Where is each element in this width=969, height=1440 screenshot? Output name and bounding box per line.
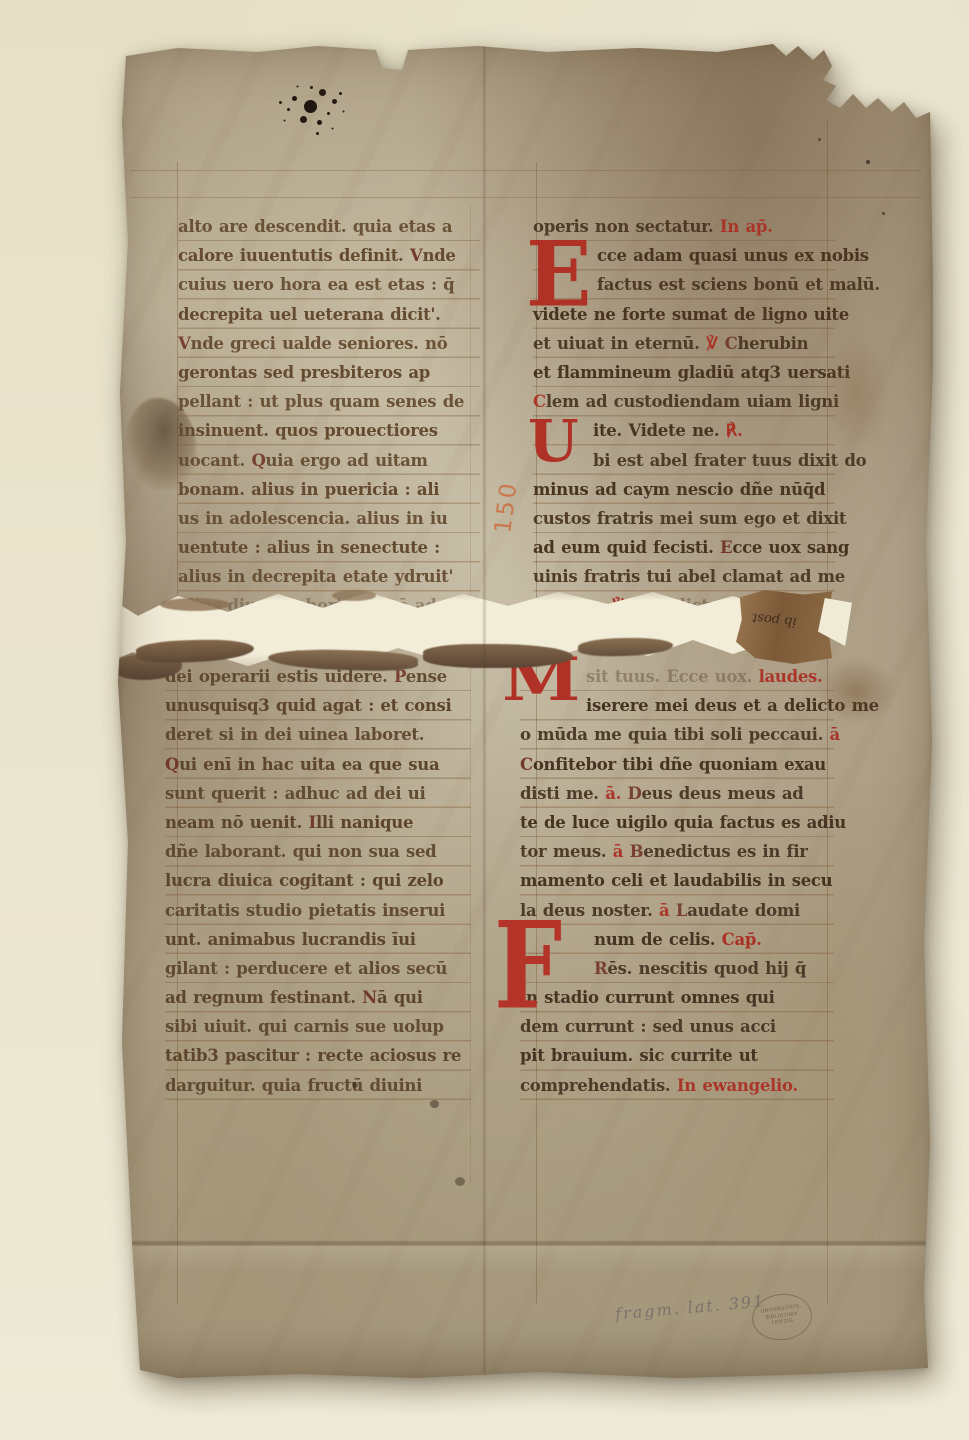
ink-dot	[866, 160, 870, 164]
manuscript-line: bonam. alius in puericia : ali	[178, 475, 480, 504]
manuscript-line: dñe laborant. qui non sua sed	[165, 837, 471, 866]
text-column-lower-left: dei operarii estis uidere. Penseunusquis…	[165, 662, 471, 1100]
manuscript-text: factus est sciens bonū et malū.	[597, 275, 880, 294]
manuscript-text: N	[362, 988, 377, 1007]
manuscript-line: disti me. ā. Deus deus meus ad	[520, 779, 834, 808]
manuscript-line: tor meus. ā Benedictus es in fir	[520, 837, 834, 866]
manuscript-text: tatib3 pascitur : recte aciosus re	[165, 1046, 461, 1065]
torn-edge-fragment	[423, 644, 573, 668]
manuscript-text: tor meus.	[520, 842, 613, 861]
manuscript-text: cce uox sang	[732, 538, 849, 557]
manuscript-line: Confitebor tibi dñe quoniam exau	[520, 750, 834, 779]
manuscript-line: alius in decrepita etate ydruit'	[178, 562, 480, 591]
manuscript-line: pit brauium. sic currite ut	[520, 1041, 834, 1070]
text-column-lower-right: sit tuus. Ecce uox. laudes.iserere mei d…	[520, 662, 834, 1100]
ink-dot	[430, 1100, 439, 1108]
manuscript-text: et uiuat in eternū.	[533, 334, 706, 353]
torn-edge-fragment	[332, 590, 376, 601]
manuscript-text: L	[676, 901, 687, 920]
rubric-text: In ewangelio.	[677, 1076, 798, 1095]
parchment-leaf: alto are descendit. quia etas acalore iu…	[118, 42, 933, 1380]
manuscript-text: lucra diuica cogitant : qui zelo	[165, 871, 443, 890]
manuscript-text: unusquisq3 quid agat : et consi	[165, 696, 452, 715]
manuscript-text: audate domi	[687, 901, 800, 920]
manuscript-text: C	[520, 755, 533, 774]
red-initial-E: E	[526, 230, 592, 320]
manuscript-line: minus ad caym nescio dñe nūq̄d	[533, 475, 835, 504]
manuscript-line: cuius uero hora ea est etas : q̄	[178, 270, 480, 299]
manuscript-line: tatib3 pascitur : recte aciosus re	[165, 1041, 471, 1070]
manuscript-text: bonam. alius in puericia : ali	[178, 480, 439, 499]
manuscript-text: alius in decrepita etate ydruit'	[178, 567, 453, 586]
manuscript-line: darguitur. quia fructū diuini	[165, 1071, 471, 1100]
manuscript-text: uia ergo ad uitam	[266, 451, 428, 470]
manuscript-text: mamento celi et laudabilis in secu	[520, 871, 832, 890]
ink-splatter	[304, 100, 317, 113]
manuscript-text: decrepita uel ueterana dicit'.	[178, 305, 441, 324]
fold-highlight-band	[118, 1246, 933, 1272]
rubric-text: ℣	[706, 334, 725, 353]
manuscript-text: alto are descendit. quia etas a	[178, 217, 452, 236]
manuscript-text: unt. animabus lucrandis īui	[165, 930, 416, 949]
manuscript-text: uinis fratris tui abel clamat ad me	[533, 567, 845, 586]
rubric-text: ā	[659, 901, 676, 920]
manuscript-line: unt. animabus lucrandis īui	[165, 925, 471, 954]
manuscript-text: sunt querit : adhuc ad dei ui	[165, 784, 425, 803]
torn-edge-fragment	[578, 637, 673, 657]
manuscript-line: calore iuuentutis definit. Vnde	[178, 241, 480, 270]
rubric-text: ℟.	[726, 421, 743, 440]
manuscript-line: pellant : ut plus quam senes de	[178, 387, 480, 416]
text-column-upper-left: alto are descendit. quia etas acalore iu…	[178, 212, 480, 621]
bottom-edge-shading	[118, 1328, 933, 1380]
manuscript-text: comprehendatis.	[520, 1076, 677, 1095]
manuscript-text: D	[627, 784, 641, 803]
patch-fragment-text: ib post	[751, 610, 797, 630]
manuscript-text: onfitebor tibi dñe quoniam exau	[533, 755, 826, 774]
rubric-text: ā	[830, 725, 840, 744]
manuscript-text: pit brauium. sic currite ut	[520, 1046, 758, 1065]
manuscript-text: gerontas sed presbiteros ap	[178, 363, 430, 382]
manuscript-text: E	[720, 538, 732, 557]
manuscript-line: Qui enī in hac uita ea que sua	[165, 750, 471, 779]
manuscript-line: neam nō uenit. Illi nanique	[165, 808, 471, 837]
manuscript-line: la deus noster. ā Laudate domi	[520, 896, 834, 925]
manuscript-line: uocant. Quia ergo ad uitam	[178, 446, 480, 475]
manuscript-text: te de luce uigilo quia factus es adiu	[520, 813, 846, 832]
red-initial-U: U	[528, 412, 579, 470]
manuscript-line: ad regnum festinant. Nā qui	[165, 983, 471, 1012]
manuscript-text: Q	[165, 755, 179, 774]
manuscript-line: us in adolescencia. alius in iu	[178, 504, 480, 533]
manuscript-text: B	[630, 842, 644, 861]
manuscript-text: ad regnum festinant.	[165, 988, 362, 1007]
repair-patch: ib post	[736, 590, 832, 664]
manuscript-text: lli nanique	[316, 813, 413, 832]
manuscript-line: uinis fratris tui abel clamat ad me	[533, 562, 835, 591]
rubric-text: ā	[613, 842, 630, 861]
manuscript-text: nde	[422, 246, 455, 265]
manuscript-text: disti me.	[520, 784, 605, 803]
manuscript-text: et flammineum gladiū atq3 uersati	[533, 363, 850, 382]
folio-number-red-chalk: 150	[490, 479, 522, 535]
manuscript-text: sibi uiuit. qui carnis sue uolup	[165, 1017, 444, 1036]
manuscript-line: Vnde greci ualde seniores. nō	[178, 329, 480, 358]
manuscript-line: sunt querit : adhuc ad dei ui	[165, 779, 471, 808]
ruling-horizontal-top-1	[130, 170, 922, 171]
manuscript-line: et flammineum gladiū atq3 uersati	[533, 358, 835, 387]
manuscript-line: Rēs. nescitis quod hij q̄	[520, 954, 834, 983]
manuscript-text: sit tuus. Ecce uox.	[586, 667, 759, 686]
manuscript-text: caritatis studio pietatis inserui	[165, 901, 445, 920]
rubric-text: ā.	[605, 784, 627, 803]
manuscript-text: lem ad custodiendam uiam ligni	[546, 392, 839, 411]
manuscript-text: C	[725, 334, 738, 353]
manuscript-line: comprehendatis. In ewangelio.	[520, 1071, 834, 1100]
manuscript-text: iserere mei deus et a delicto me	[586, 696, 879, 715]
manuscript-text: gilant : perducere et alios secū	[165, 959, 447, 978]
vertical-fold-crease	[482, 42, 487, 1380]
manuscript-line: in stadio currunt omnes qui	[520, 983, 834, 1012]
manuscript-text: R	[594, 959, 607, 978]
manuscript-text: V	[178, 334, 191, 353]
manuscript-text: custos fratris mei sum ego et dixit	[533, 509, 846, 528]
manuscript-text: eus deus meus ad	[641, 784, 803, 803]
manuscript-text: enedictus es in fir	[643, 842, 807, 861]
manuscript-line: et uiuat in eternū. ℣ Cherubin	[533, 329, 835, 358]
manuscript-text: deret si in dei uinea laboret.	[165, 725, 424, 744]
manuscript-text: I	[309, 813, 316, 832]
manuscript-line: uentute : alius in senectute :	[178, 533, 480, 562]
manuscript-text: ite. Videte ne.	[593, 421, 726, 440]
manuscript-line: deret si in dei uinea laboret.	[165, 720, 471, 749]
torn-edge-fragment	[160, 598, 230, 611]
manuscript-line: decrepita uel ueterana dicit'.	[178, 300, 480, 329]
manuscript-text: num de celis.	[594, 930, 722, 949]
ink-dot	[455, 1177, 465, 1186]
manuscript-text: ēs. nescitis quod hij q̄	[607, 959, 806, 978]
manuscript-line: unusquisq3 quid agat : et consi	[165, 691, 471, 720]
manuscript-text: ense	[406, 667, 447, 686]
manuscript-line: ad eum quid fecisti. Ecce uox sang	[533, 533, 835, 562]
manuscript-line: custos fratris mei sum ego et dixit	[533, 504, 835, 533]
manuscript-line: te de luce uigilo quia factus es adiu	[520, 808, 834, 837]
manuscript-text: V	[410, 246, 423, 265]
rubric-text: Cap̄.	[722, 930, 762, 949]
manuscript-text: ā qui	[377, 988, 423, 1007]
manuscript-line: gerontas sed presbiteros ap	[178, 358, 480, 387]
parchment-shadow-wrap: alto are descendit. quia etas acalore iu…	[118, 42, 933, 1380]
manuscript-text: us in adolescencia. alius in iu	[178, 509, 448, 528]
manuscript-text: calore iuuentutis definit.	[178, 246, 410, 265]
manuscript-text: ui enī in hac uita ea que sua	[179, 755, 439, 774]
ink-dot	[818, 138, 821, 141]
manuscript-text: ad eum quid fecisti.	[533, 538, 720, 557]
manuscript-text: dñe laborant. qui non sua sed	[165, 842, 436, 861]
manuscript-line: alto are descendit. quia etas a	[178, 212, 480, 241]
red-initial-F: F	[494, 906, 562, 1026]
manuscript-line: lucra diuica cogitant : qui zelo	[165, 866, 471, 895]
manuscript-line: dem currunt : sed unus acci	[520, 1012, 834, 1041]
manuscript-text: uocant.	[178, 451, 251, 470]
manuscript-text: minus ad caym nescio dñe nūq̄d	[533, 480, 825, 499]
manuscript-text: uentute : alius in senectute :	[178, 538, 440, 557]
rubric-text: In ap̄.	[720, 217, 773, 236]
manuscript-line: insinuent. quos prouectiores	[178, 416, 480, 445]
manuscript-text: herubin	[737, 334, 808, 353]
ruling-horizontal-top-2	[130, 197, 922, 198]
manuscript-line: o mūda me quia tibi soli peccaui. ā	[520, 720, 834, 749]
manuscript-text: bi est abel frater tuus dixit do	[593, 451, 866, 470]
manuscript-line: gilant : perducere et alios secū	[165, 954, 471, 983]
manuscript-text: pellant : ut plus quam senes de	[178, 392, 464, 411]
manuscript-line: sibi uiuit. qui carnis sue uolup	[165, 1012, 471, 1041]
photograph-background: alto are descendit. quia etas acalore iu…	[0, 0, 969, 1440]
manuscript-line: num de celis. Cap̄.	[520, 925, 834, 954]
manuscript-text: neam nō uenit.	[165, 813, 309, 832]
manuscript-text: Q	[251, 451, 265, 470]
ink-dot	[882, 212, 885, 215]
manuscript-text: o mūda me quia tibi soli peccaui.	[520, 725, 830, 744]
manuscript-line: caritatis studio pietatis inserui	[165, 896, 471, 925]
manuscript-text: cuius uero hora ea est etas : q̄	[178, 275, 454, 294]
manuscript-text: darguitur. quia fructū diuini	[165, 1076, 422, 1095]
manuscript-line: mamento celi et laudabilis in secu	[520, 866, 834, 895]
rubric-text: laudes.	[759, 667, 823, 686]
manuscript-text: nde greci ualde seniores. nō	[191, 334, 448, 353]
pencil-shelfmark: fragm. lat. 391	[614, 1291, 766, 1323]
manuscript-text: cce adam quasi unus ex nobis	[597, 246, 869, 265]
manuscript-text: insinuent. quos prouectiores	[178, 421, 438, 440]
ink-dot	[352, 1082, 358, 1088]
